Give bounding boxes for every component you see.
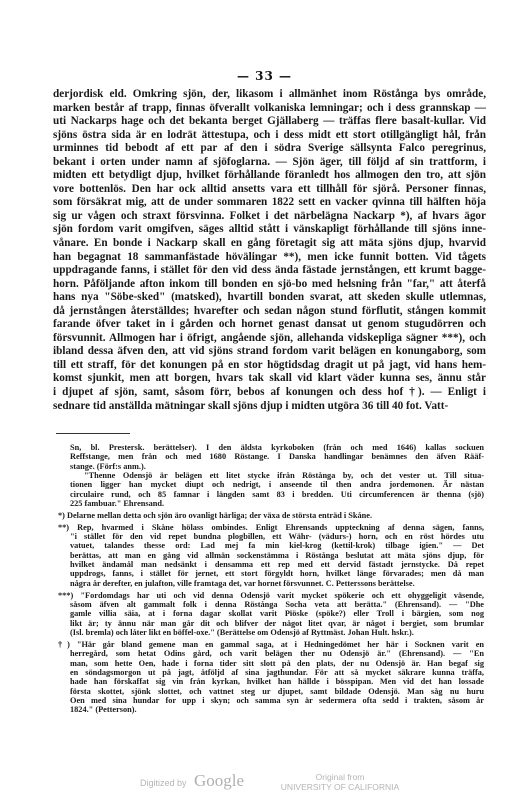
- google-logo-text: Google: [194, 771, 244, 791]
- text-line: hans nya "Söbe-sked" (matsked), hvartill…: [53, 291, 486, 305]
- text-line: horn. Påföljande afton inkom till bonden…: [53, 278, 486, 292]
- page-number: — 33 —: [0, 69, 529, 83]
- original-source-attribution: Original from UNIVERSITY OF CALIFORNIA: [280, 772, 400, 792]
- footnote-note2-line: **) Rep, hvarmed i Skåne hölass ombindes…: [58, 523, 484, 532]
- footnote-note1-line: *) Delarne mellan detta och sjön äro ova…: [58, 511, 484, 520]
- text-line: vånare. En bonde i Nackarp skall en gång…: [53, 237, 486, 251]
- digitized-by-label: Digitized by: [140, 778, 187, 788]
- footnote-note4-line: 1824." (Petterson).: [70, 705, 484, 714]
- footnote-quote-line: "Thenne Odensjö är belägen ett litet sty…: [70, 471, 484, 480]
- text-line: uti Nackarps hage och det bekanta berget…: [53, 115, 486, 129]
- text-line: i djupet af sjön, samt, såsom förr, bebo…: [53, 386, 486, 400]
- text-line: farande öfver taket in i gården och horn…: [53, 318, 486, 332]
- scanned-book-page: — 33 — derjordisk eld. Omkring sjön, der…: [0, 0, 529, 802]
- original-from-label: Original from: [280, 772, 400, 782]
- footnote-note2-line: några år derefter, en julafton, ville fr…: [70, 579, 484, 588]
- main-body-text: derjordisk eld. Omkring sjön, der, likas…: [53, 88, 486, 413]
- footnote-note4-line: †) "Här går bland gemene man en gammal s…: [58, 640, 484, 649]
- text-line: ibland dessa äfven den, att vid sjöns st…: [53, 345, 486, 359]
- text-line: som försäkrat mig, att de under sommaren…: [53, 196, 486, 210]
- footnote-continuation-line: Reffstange, men från och med 1680 Röstan…: [70, 452, 484, 461]
- text-line: till ett straff, för det konungen på en …: [53, 359, 486, 373]
- footnote-note4-line: hade han förskaffat sig vin från kyrkan,…: [70, 677, 484, 686]
- text-line: urminnes tid bebodt af ett par af den i …: [53, 142, 486, 156]
- scan-footer-watermark: Digitized by Google Original from UNIVER…: [0, 772, 529, 800]
- text-line: derjordisk eld. Omkring sjön, der, likas…: [53, 88, 486, 102]
- footnote-continuation-line: stange. (Förf:s anm.).: [70, 462, 484, 471]
- footnote-quote-line: tionen ligger han mycket diupt och nedri…: [70, 480, 484, 489]
- text-line: komst sjunkit, men att borgen, hvars tak…: [53, 372, 486, 386]
- text-line: han begagnat 18 sammanfästade hövälingar…: [53, 251, 486, 265]
- footnote-note3-line: gamle villia säia, at i forna dagar skol…: [70, 609, 484, 618]
- text-line: uppdragande fanns, i stället för den vid…: [53, 264, 486, 278]
- footnote-note3-line: såsom äfven alt gammalt folk i denna Rös…: [70, 600, 484, 609]
- footnote-continuation-line: Sn, bl. Prestersk. berättelser). I den ä…: [70, 443, 484, 452]
- footnote-note4-line: en söndagsmorgon ut på jagt, åtföljd af …: [70, 668, 484, 677]
- text-line: försvunnit. Allmogen har i öfrigt, angåe…: [53, 332, 486, 346]
- footnotes-block: Sn, bl. Prestersk. berättelser). I den ä…: [70, 443, 484, 715]
- footnote-note2-line: uppdrogs, fanns, i stället för jernet, e…: [70, 569, 484, 578]
- text-line: sjön fordom varit omgifven, säges alltid…: [53, 223, 486, 237]
- footnote-note2-line: "i stället för den vid repet bundna plog…: [70, 532, 484, 541]
- footnote-note4-line: första skottet, sjönk slottet, och vattn…: [70, 687, 484, 696]
- footnote-note3-line: (Isl. bremla) och låter likt en böffel-o…: [70, 628, 484, 637]
- footnote-note3-line: ***) "Fordomdags har uti och vid denna O…: [58, 591, 484, 600]
- footnote-quote-line: 225 fambuar." Ehrensand.: [70, 499, 484, 508]
- text-line: sjöns östra sida är en lodrät ättestupa,…: [53, 129, 486, 143]
- text-line: bekant i orten under namn af sjöfoglarna…: [53, 156, 486, 170]
- footnote-note3-line: likt är; ty ännu när man går dit och bli…: [70, 619, 484, 628]
- footnote-separator-rule: [56, 433, 130, 434]
- text-line: midten ett betydligt djup, hvilket förhå…: [53, 169, 486, 183]
- footnote-note2-line: hvilket ändamål man nedsänkt i densamma …: [70, 560, 484, 569]
- text-line: marken består af trapp, finnas öfverallt…: [53, 102, 486, 116]
- footnote-note2-line: berättas, att man en gång vid allmän soc…: [70, 551, 484, 560]
- text-line: sednare tid anställda mätningar skall sj…: [53, 400, 486, 414]
- footnote-quote-line: circulaire rund, och 85 famnar i längden…: [70, 490, 484, 499]
- footnote-note4-line: herregård, som hetat Odins gård, och var…: [70, 649, 484, 658]
- institution-label: UNIVERSITY OF CALIFORNIA: [280, 782, 400, 792]
- text-line: sig ur vågen och straxt försvinna. Folke…: [53, 210, 486, 224]
- text-line: vore bottenlös. Den har ock alltid anset…: [53, 183, 486, 197]
- footnote-note4-line: Oen med sina hundar for upp i skyn; och …: [70, 696, 484, 705]
- text-line: då jernstången återställdes; hvarefter o…: [53, 305, 486, 319]
- footnote-note4-line: man, som hette Oen, hade i forna tider s…: [70, 659, 484, 668]
- footnote-note2-line: vatuet, talandes thesse ord: Lad mej fa …: [70, 541, 484, 550]
